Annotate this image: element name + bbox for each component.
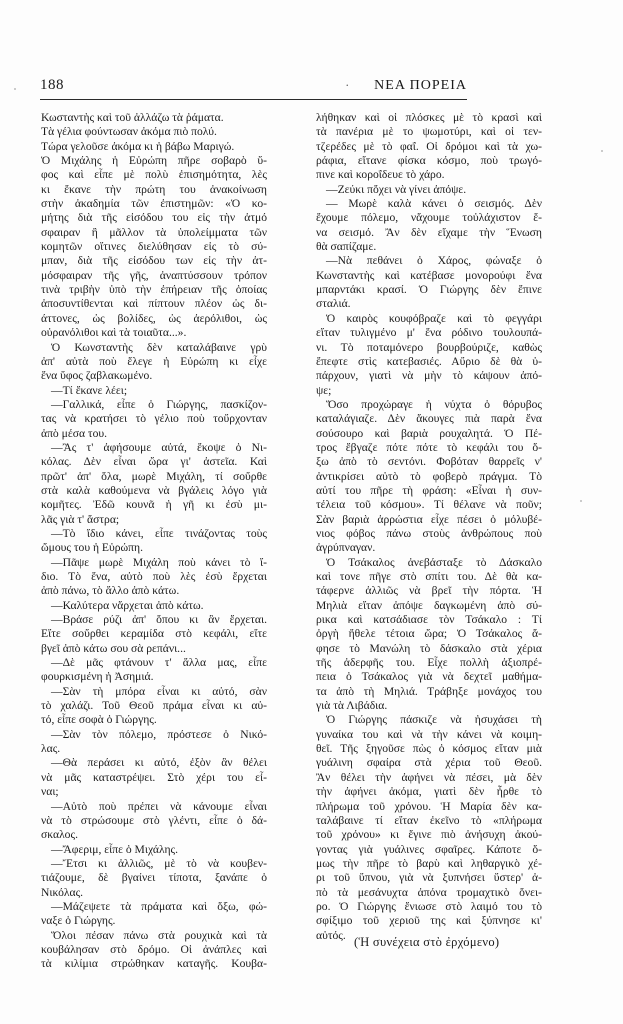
text-line: ἔπεφτε στὶς κατεβασιές. Αὔριο δὲ θὰ ὑ-	[316, 355, 542, 369]
text-line: Ὁ καιρὸς κουφόβραζε καὶ τὸ φεγγάρι	[316, 312, 542, 326]
text-line: τῆς ἀδερφῆς του. Εἶχε πολλὴ ἀξιοπρέ-	[316, 656, 542, 670]
text-line: γιὰ τὰ Λιβάδια.	[316, 699, 542, 713]
text-line: τό, εἶπε σοφὰ ὁ Γιώργης.	[41, 713, 267, 727]
page-number: 188	[40, 77, 64, 94]
text-line: ὀργὴ ἤθελε τέτοια ὥρα; Ὁ Τσάκαλος ἄ-	[316, 627, 542, 641]
text-line: καὶ τονε πῆγε στὸ σπίτι του. Δὲ θὰ κα-	[316, 570, 542, 584]
text-line: ρο. Ὁ Γιώργης ἔνιωσε στὸ λαιμό του τὸ	[316, 900, 542, 914]
journal-title: ΝΕΑ ΠΟΡΕΙΑ	[374, 78, 467, 94]
text-line: βγεῖ ἀπὸ κάτω σου σὰ ρεπάνι...	[41, 642, 267, 656]
text-line: Κωσταντὴς καὶ τοῦ ἀλλάζω τὰ ῥάματα.	[41, 111, 267, 125]
text-line: τοῦ χρόνου» κι ἔγινε πιὸ ἀνήσυχη ἀκού-	[316, 828, 542, 842]
text-line: κομῆτες. Ἐδῶ κουνᾶ ἡ γῆ κι ἐσὺ μι-	[41, 498, 267, 512]
text-line: Μηλιὰ εἴταν ἀπόψε δαγκωμένη ἀπὸ σύ-	[316, 599, 542, 613]
text-line: κόλας. Δὲν εἶναι ὥρα γι' ἀστεῖα. Καὶ	[41, 455, 267, 469]
text-line: ταλάβαινε τί εἴταν ἐκεῖνο τὸ «πλήρωμα	[316, 814, 542, 828]
text-line: νι. Τὸ ποταμόνερο βουρβούριζε, καθὼς	[316, 341, 542, 355]
scan-speck	[601, 150, 603, 152]
text-line: νὰ μᾶς καταστρέψει. Στὸ χέρι του εἶ-	[41, 771, 267, 785]
text-line: Τώρα γελοῦσε ἀκόμα κι ἡ βάβω Μαριγώ.	[41, 140, 267, 154]
header-ornament-icon: ·	[346, 79, 350, 92]
text-line: τὴν ἀφήνει ἀκόμα, γιατὶ δὲν ἦρθε τὸ	[316, 785, 542, 799]
text-line: άττονες, ὡς βολίδες, ὡς ἀερόλιθοι, ὡς	[41, 312, 267, 326]
text-line: φησε τὸ Μανώλη τὸ δάσκαλο στὰ χέρια	[316, 642, 542, 656]
text-line: Ἂν θέλει τὴν ἀφήνει νὰ πέσει, μὰ δὲν	[316, 771, 542, 785]
text-line: φος καὶ εἶπε μὲ πολὺ ἐπισημότητα, λὲς	[41, 168, 267, 182]
text-line: σφαιραν ἢ μᾶλλον τὰ ὑπολείμματα τῶν	[41, 226, 267, 240]
text-line: —Τί ἔκανε λέει;	[41, 384, 267, 398]
text-line: Εἴτε σοὔρθει κεραμίδα στὸ κεφάλι, εἴτε	[41, 627, 267, 641]
scan-speck	[14, 88, 16, 90]
text-line: σφίξιμο τοῦ χεριοῦ της καὶ ξύπνησε κι'	[316, 914, 542, 928]
text-line: —Καλύτερα νἄρχεται ἀπὸ κάτω.	[41, 599, 267, 613]
text-line: στὰ καλὰ καθούμενα νὰ βγάλεις λόγο γιὰ	[41, 484, 267, 498]
text-line: αὐτί του πῆρε τὴ φράση: «Εἶναι ἡ συν-	[316, 484, 542, 498]
text-line: τας νὰ κρατήσει τὸ γέλιο ποὺ τοὔρχονταν	[41, 412, 267, 426]
text-column-right: λήθηκαν καὶ οἱ πλόσκες μὲ τὸ κρασὶ καὶτὰ…	[316, 111, 542, 943]
text-line: —Νὰ πεθάνει ὁ Χάρος, φώναξε ὁ	[316, 254, 542, 268]
text-line: —Δὲ μᾶς φτάνουν τ' ἄλλα μας, εἶπε	[41, 656, 267, 670]
text-line: σκαλος.	[41, 828, 267, 842]
text-line: λήθηκαν καὶ οἱ πλόσκες μὲ τὸ κρασὶ καὶ	[316, 111, 542, 125]
text-line: Ὅσο προχώραγε ἡ νύχτα ὁ θόρυβος	[316, 398, 542, 412]
text-line: πὸ τὰ μεσάνυχτα ἀπόνα τρομαχτικὸ ὄνει-	[316, 886, 542, 900]
text-line: Ὅλοι πέσαν πάνω στὰ ρουχικὰ καὶ τὰ	[41, 929, 267, 943]
text-line: —Τὸ ἴδιο κάνει, εἶπε τινάζοντας τοὺς	[41, 527, 267, 541]
text-line: οὐρανόλιθοι καὶ τὰ τοιαῦτα...».	[41, 326, 267, 340]
text-line: Ὁ Μιχάλης ἡ Εὐρώπη πῆρε σοβαρὸ ὕ-	[41, 154, 267, 168]
text-line: ἕνα ὕφος ζαβλακωμένο.	[41, 369, 267, 383]
text-line: τὰ πανέρια μὲ το ψωμοτύρι, καὶ οἱ τεν-	[316, 125, 542, 139]
text-line: — Μωρὲ καλὰ κάνει ὁ σεισμός. Δὲν	[316, 197, 542, 211]
text-line: εἴταν τυλιγμένο μ' ἕνα ρόδινο τουλουπά-	[316, 326, 542, 340]
text-line: σούσουρο καὶ βαριὰ ρουχαλητά. Ὁ Πέ-	[316, 427, 542, 441]
text-line: —Μάζεψετε τὰ πράματα καὶ ὄξω, φώ-	[41, 900, 267, 914]
text-line: γυναίκα του καὶ νὰ τὴν κάνει νὰ κοιμη-	[316, 728, 542, 742]
text-line: —Βράσε ρύζι ἀπ' ὅπου κι ἂν ἔρχεται.	[41, 613, 267, 627]
text-line: Νικόλας.	[41, 886, 267, 900]
text-column-left: Κωσταντὴς καὶ τοῦ ἀλλάζω τὰ ῥάματα.Τὰ γέ…	[41, 111, 267, 972]
text-line: Κωνσταντὴς καὶ κατέβασε μονορούφι ἕνα	[316, 269, 542, 283]
text-line: ἔχουμε πόλεμο, νἄχουμε τοὐλάχιστον ἕ-	[316, 211, 542, 225]
text-line: να σεισμό. Ἂν δὲν εἴχαμε τὴν Ἕνωση	[316, 226, 542, 240]
text-line: καταλάγιαζε. Δὲν ἄκουγες πιὰ παρὰ ἕνα	[316, 412, 542, 426]
text-line: ἀποσυντίθενται καὶ πίπτουν πλέον ὡς δι-	[41, 297, 267, 311]
text-line: πρῶτ' ἀπ' ὅλα, μωρὲ Μιχάλη, τί σοὔρθε	[41, 470, 267, 484]
text-line: ἀπὸ πάνω, τὸ ἄλλο ἀπὸ κάτω.	[41, 584, 267, 598]
text-line: Ὁ Τσάκαλος ἀνεβάσταξε τὸ Δάσκαλο	[316, 556, 542, 570]
text-line: νὰ τὸ στρώσουμε στὸ γλέντι, εἶπε ὁ δά-	[41, 814, 267, 828]
text-line: —Ἂς τ' ἀφήσουμε αὐτά, ἔκοψε ὁ Νι-	[41, 441, 267, 455]
text-line: ψε;	[316, 384, 542, 398]
text-line: μως τὴν πῆρε τὸ βαρὺ καὶ ληθαργικὸ χέ-	[316, 857, 542, 871]
continued-note: (Ἡ συνέχεια στὸ ἐρχόμενο)	[354, 935, 499, 950]
text-line: Τὰ γέλια φούντωσαν ἀκόμα πιὸ πολύ.	[41, 125, 267, 139]
text-line: γυάλινη σφαίρα στὰ χέρια τοῦ Θεοῦ.	[316, 756, 542, 770]
text-line: φουρκισμένη ἡ Ἀσημιά.	[41, 670, 267, 684]
text-line: —Ἄφεριμ, εἶπε ὁ Μιχάλης.	[41, 843, 267, 857]
document-page: 188 · ΝΕΑ ΠΟΡΕΙΑ Κωσταντὴς καὶ τοῦ ἀλλάζ…	[0, 0, 623, 1024]
text-line: ρικα καὶ κατσάδιασε τὸν Τσάκαλο : Τί	[316, 613, 542, 627]
text-line: ἀπὸ μέσα του.	[41, 427, 267, 441]
text-line: γοντας γιὰ γυάλινες σφαῖρες. Κάποτε ὅ-	[316, 843, 542, 857]
text-line: Ὁ Κωνσταντὴς δὲν καταλάβαινε γρὺ	[41, 341, 267, 355]
text-line: —Ἔτσι κι ἀλλιῶς, μὲ τὸ νὰ κουβεν-	[41, 857, 267, 871]
text-line: θὰ σαπίζαμε.	[316, 240, 542, 254]
text-line: —Ζεύκι πὄχει νὰ γίνει ἀπόψε.	[316, 183, 542, 197]
text-line: τάφερνε ἀλλιῶς νὰ βρεῖ τὴν πόρτα. Ἡ	[316, 584, 542, 598]
text-line: λᾶς γιὰ τ' ἄστρα;	[41, 513, 267, 527]
text-line: Ὁ Γιώργης πάσκιζε νὰ ἡσυχάσει τὴ	[316, 713, 542, 727]
text-line: τζερέδες μὲ τὸ φαΐ. Οἱ δρόμοι καὶ τὰ χω-	[316, 140, 542, 154]
text-line: κουβάλησαν στὸ δρόμο. Οἱ ἀνάπλες καὶ	[41, 943, 267, 957]
text-line: μόσφαιραν τῆς γῆς, ἀναπτύσσουν τρόπον	[41, 269, 267, 283]
text-line: μήτης διὰ τῆς εἰσόδου του εἰς τὴν ἀτμό	[41, 211, 267, 225]
running-header: 188 · ΝΕΑ ΠΟΡΕΙΑ	[40, 77, 467, 100]
text-line: πάρχουν, γιατὶ νὰ μὴν τὸ κάψουν ἀπό-	[316, 369, 542, 383]
text-line: τρος ἔβγαζε πότε πότε τὸ κεφάλι του ὄ-	[316, 441, 542, 455]
text-line: —Πᾶψε μωρὲ Μιχάλη ποὺ κάνει τὸ ἴ-	[41, 556, 267, 570]
text-line: —Σὰν τὴ μπόρα εἶναι κι αὐτό, σὰν	[41, 685, 267, 699]
text-line: ναι;	[41, 785, 267, 799]
text-line: τέλεια τοῦ κόσμου». Τί θέλανε νὰ ποῦν;	[316, 498, 542, 512]
text-line: ράφια, εἴτανε φίσκα κόσμο, ποὺ τρωγό-	[316, 154, 542, 168]
text-line: ρι τοῦ ὕπνου, γιὰ νὰ ξυπνήσει ὕστερ' ἀ-	[316, 871, 542, 885]
scan-speck	[580, 500, 582, 502]
text-line: τὸ χαλάζι. Τοῦ Θεοῦ πράμα εἶναι κι αὐ-	[41, 699, 267, 713]
text-line: ναξε ὁ Γιώργης.	[41, 914, 267, 928]
text-line: κομητῶν οἵτινες διελύθησαν εἰς τὸ σύ-	[41, 240, 267, 254]
text-line: νιος φόβος πάνω στοὺς ἀνθρώπους ποὺ	[316, 527, 542, 541]
text-line: τινὰ τριβὴν ὑπὸ τὴν ἐπήρειαν τῆς ὁποίας	[41, 283, 267, 297]
text-line: σταλιά.	[316, 297, 542, 311]
text-line: θεῖ. Τῆς ξηγοῦσε πὼς ὁ κόσμος εἴταν μιὰ	[316, 742, 542, 756]
text-line: —Αὐτὸ ποὺ πρέπει νὰ κάνουμε εἶναι	[41, 800, 267, 814]
text-line: —Γαλλικά, εἶπε ὁ Γιώργης, πασκίζον-	[41, 398, 267, 412]
text-line: λας.	[41, 742, 267, 756]
text-line: μπαρντάκι κρασί. Ὁ Γιώργης δὲν ἔπινε	[316, 283, 542, 297]
text-line: πλήρωμα τοῦ χρόνου. Ἡ Μαρία δὲν κα-	[316, 800, 542, 814]
text-line: τὰ κιλίμια στρώθηκαν καταγῆς. Κουβα-	[41, 957, 267, 971]
text-line: κι ἔκανε τὴν πρώτη του ἀνακοίνωση	[41, 183, 267, 197]
text-line: ἀντικρίσει αὐτὸ τὸ φοβερὸ πράγμα. Τὸ	[316, 470, 542, 484]
text-line: —Θὰ περάσει κι αὐτό, ἐξὸν ἂν θέλει	[41, 756, 267, 770]
text-line: ξω ἀπὸ τὸ σεντόνι. Φοβόταν θαρρεῖς ν'	[316, 455, 542, 469]
text-line: πινε καὶ κοροΐδευε τὸ χάρο.	[316, 168, 542, 182]
text-line: μπαν, διὰ τῆς εἰσόδου των εἰς τὴν ἀτ-	[41, 254, 267, 268]
text-line: ὤμους του ἡ Εὐρώπη.	[41, 541, 267, 555]
text-line: διο. Τὸ ἕνα, αὐτὸ ποὺ λὲς ἐσὺ ἔρχεται	[41, 570, 267, 584]
text-line: Σὰν βαριὰ ἀρρώστια εἶχε πέσει ὁ μόλυβέ-	[316, 513, 542, 527]
text-line: ἀπ' αὐτὰ ποὺ ἔλεγε ἡ Εὐρώπη κι εἶχε	[41, 355, 267, 369]
text-line: —Σὰν τὸν πόλεμο, πρόστεσε ὁ Νικό-	[41, 728, 267, 742]
text-line: στὴν ἀκαδημία τῶν ἐπιστημῶν: «Ὁ κο-	[41, 197, 267, 211]
text-line: ἀγρύπναγαν.	[316, 541, 542, 555]
text-line: τα ἀπὸ τὴ Μηλιά. Τράβηξε μονάχος του	[316, 685, 542, 699]
text-line: πεια ὁ Τσάκαλος γιὰ νὰ δεχτεῖ μαθήμα-	[316, 670, 542, 684]
text-line: τιάζουμε, δὲ βγαίνει τίποτα, ξανάπε ὁ	[41, 871, 267, 885]
